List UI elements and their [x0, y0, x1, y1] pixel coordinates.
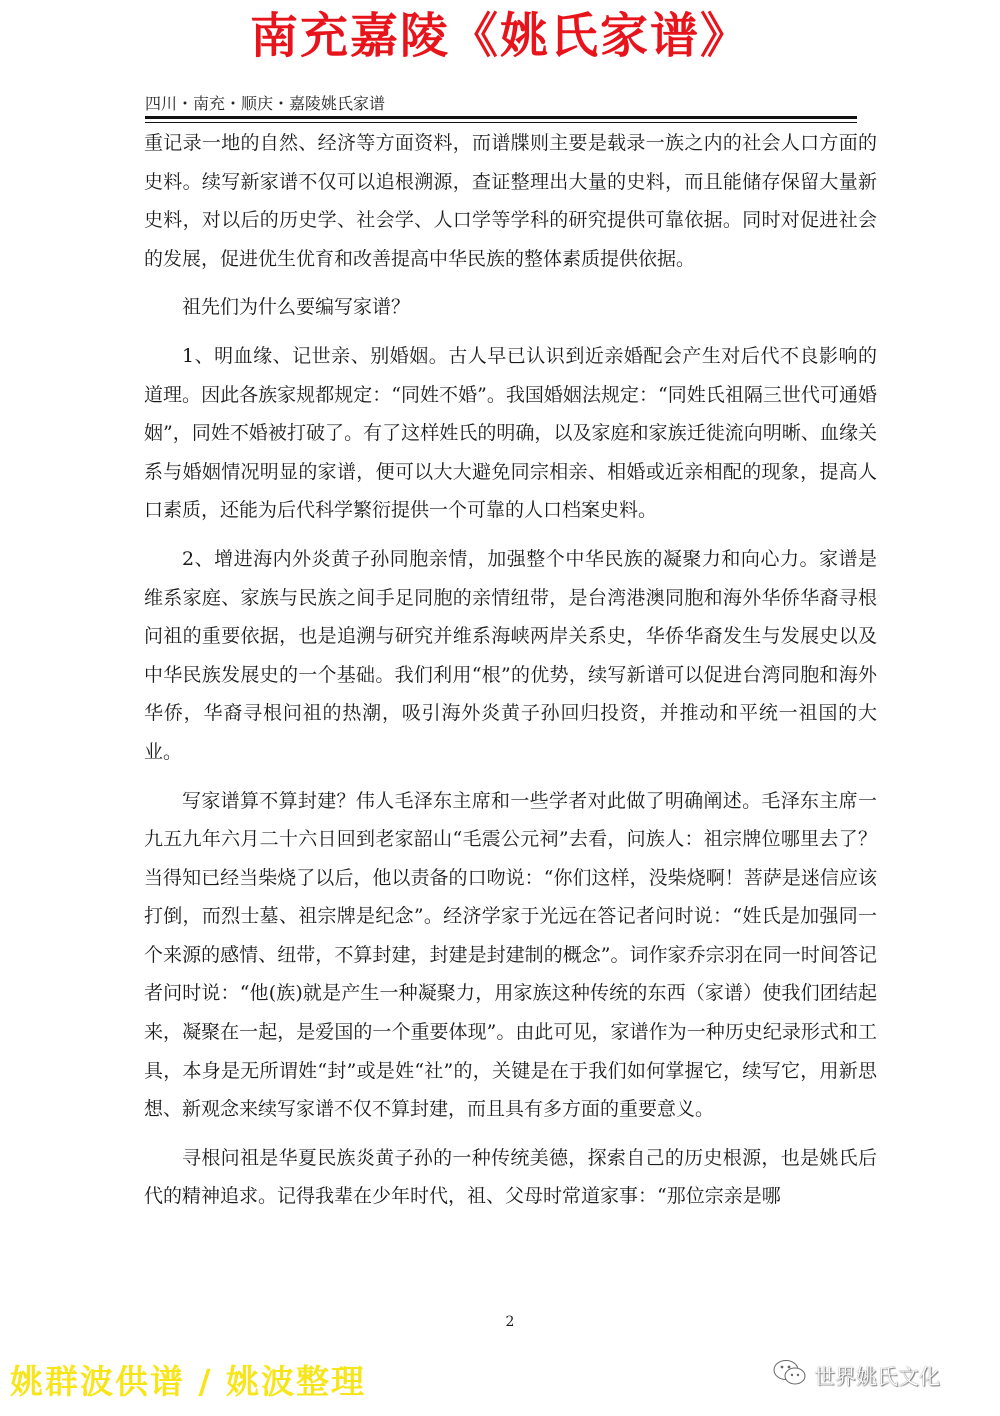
section-question: 祖先们为什么要编写家谱？ — [144, 288, 877, 327]
paragraph: 写家谱算不算封建？伟人毛泽东主席和一些学者对此做了明确阐述。毛泽东主席一九五九年… — [144, 782, 877, 1129]
running-head: 四川・南充・顺庆・嘉陵姚氏家谱 — [145, 92, 385, 116]
document-body: 重记录一地的自然、经济等方面资料，而谱牒则主要是载录一族之内的社会人口方面的史料… — [144, 124, 877, 1226]
banner-title: 南充嘉陵《姚氏家谱》 — [0, 6, 1000, 66]
paragraph: 寻根问祖是华夏民族炎黄子孙的一种传统美德，探索自己的历史根源，也是姚氏后代的精神… — [144, 1139, 877, 1216]
paragraph: 重记录一地的自然、经济等方面资料，而谱牒则主要是载录一族之内的社会人口方面的史料… — [144, 124, 877, 278]
wechat-watermark: 世界姚氏文化 — [772, 1358, 940, 1393]
paragraph: 1、明血缘、记世亲、别婚姻。古人早已认识到近亲婚配会产生对后代不良影响的道理。因… — [144, 337, 877, 530]
wechat-icon — [772, 1358, 808, 1393]
watermark-label: 世界姚氏文化 — [814, 1361, 940, 1391]
header-double-rule — [145, 116, 857, 123]
paragraph: 2、增进海内外炎黄子孙同胞亲情，加强整个中华民族的凝聚力和向心力。家谱是维系家庭… — [144, 540, 877, 772]
page-number: 2 — [0, 1314, 1000, 1330]
credit-caption: 姚群波供谱 / 姚波整理 — [10, 1360, 366, 1404]
